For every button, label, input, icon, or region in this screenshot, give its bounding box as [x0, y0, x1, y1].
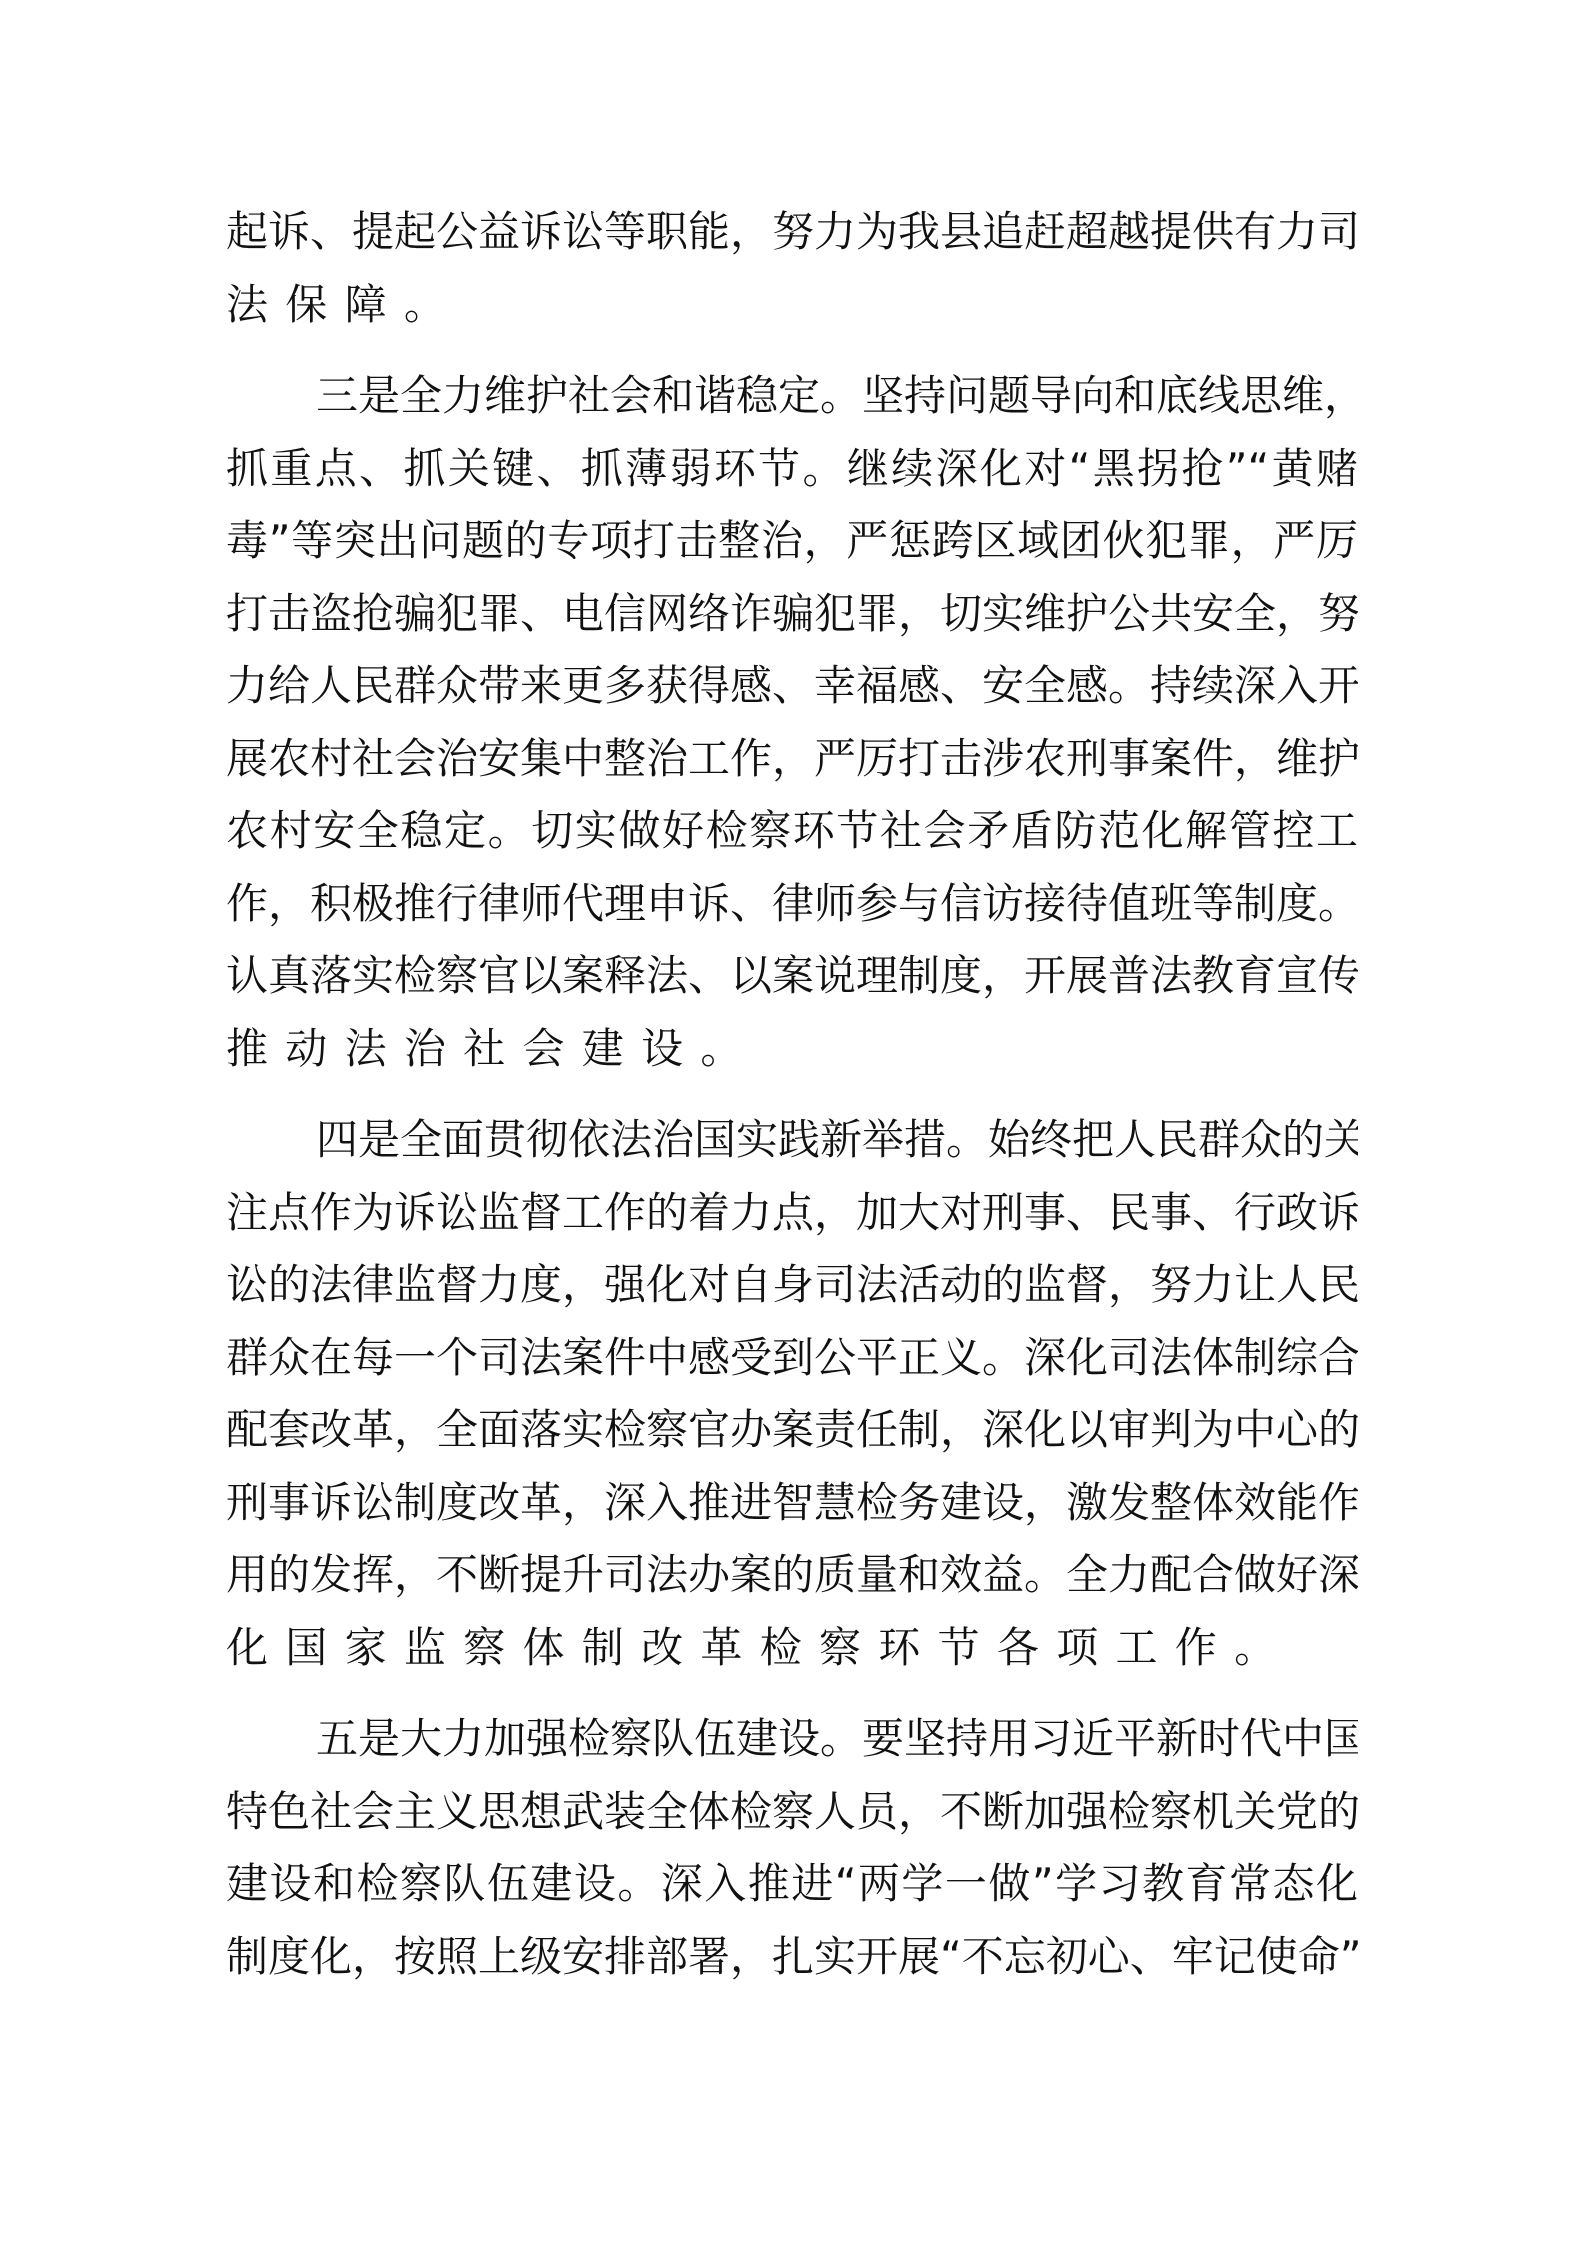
text-line: 讼的法律监督力度，强化对自身司法活动的监督，努力让人民	[226, 1249, 1358, 1322]
text-line: 法保障。	[226, 269, 1358, 342]
paragraph-item-five: 五是大力加强检察队伍建设。要坚持用习近平新时代中国 特色社会主义思想武装全体检察…	[226, 1703, 1358, 1993]
text-line: 建设和检察队伍建设。深入推进“两学一做”学习教育常态化	[226, 1848, 1358, 1921]
text-line: 化国家监察体制改革检察环节各项工作。	[226, 1612, 1358, 1685]
paragraph-continuation: 起诉、提起公益诉讼等职能，努力为我县追赶超越提供有力司 法保障。	[226, 196, 1358, 341]
text-line: 作，积极推行律师代理申诉、律师参与信访接待值班等制度。	[226, 868, 1358, 941]
text-line: 注点作为诉讼监督工作的着力点，加大对刑事、民事、行政诉	[226, 1177, 1358, 1250]
text-line: 认真落实检察官以案释法、以案说理制度，开展普法教育宣传，	[226, 940, 1358, 1013]
text-line: 特色社会主义思想武装全体检察人员，不断加强检察机关党的	[226, 1776, 1358, 1849]
text-line: 刑事诉讼制度改革，深入推进智慧检务建设，激发整体效能作	[226, 1467, 1358, 1540]
paragraph-item-three: 三是全力维护社会和谐稳定。坚持问题导向和底线思维， 抓重点、抓关键、抓薄弱环节。…	[226, 360, 1358, 1085]
text-line: 配套改革，全面落实检察官办案责任制，深化以审判为中心的	[226, 1394, 1358, 1467]
text-line: 用的发挥，不断提升司法办案的质量和效益。全力配合做好深	[226, 1539, 1358, 1612]
text-line: 三是全力维护社会和谐稳定。坚持问题导向和底线思维，	[226, 360, 1358, 433]
text-line: 群众在每一个司法案件中感受到公平正义。深化司法体制综合	[226, 1322, 1358, 1395]
text-line: 四是全面贯彻依法治国实践新举措。始终把人民群众的关	[226, 1104, 1358, 1177]
text-line: 毒”等突出问题的专项打击整治，严惩跨区域团伙犯罪，严厉	[226, 505, 1358, 578]
text-line: 五是大力加强检察队伍建设。要坚持用习近平新时代中国	[226, 1703, 1358, 1776]
text-line: 制度化，按照上级安排部署，扎实开展“不忘初心、牢记使命”	[226, 1921, 1358, 1994]
text-line: 农村安全稳定。切实做好检察环节社会矛盾防范化解管控工	[226, 795, 1358, 868]
text-line: 起诉、提起公益诉讼等职能，努力为我县追赶超越提供有力司	[226, 196, 1358, 269]
text-line: 推动法治社会建设。	[226, 1013, 1358, 1086]
text-line: 展农村社会治安集中整治工作，严厉打击涉农刑事案件，维护	[226, 723, 1358, 796]
paragraph-item-four: 四是全面贯彻依法治国实践新举措。始终把人民群众的关 注点作为诉讼监督工作的着力点…	[226, 1104, 1358, 1684]
text-line: 力给人民群众带来更多获得感、幸福感、安全感。持续深入开	[226, 650, 1358, 723]
text-line: 抓重点、抓关键、抓薄弱环节。继续深化对“黑拐抢”“黄赌	[226, 433, 1358, 506]
text-line: 打击盗抢骗犯罪、电信网络诈骗犯罪，切实维护公共安全，努	[226, 578, 1358, 651]
document-page: 起诉、提起公益诉讼等职能，努力为我县追赶超越提供有力司 法保障。 三是全力维护社…	[226, 196, 1358, 2012]
